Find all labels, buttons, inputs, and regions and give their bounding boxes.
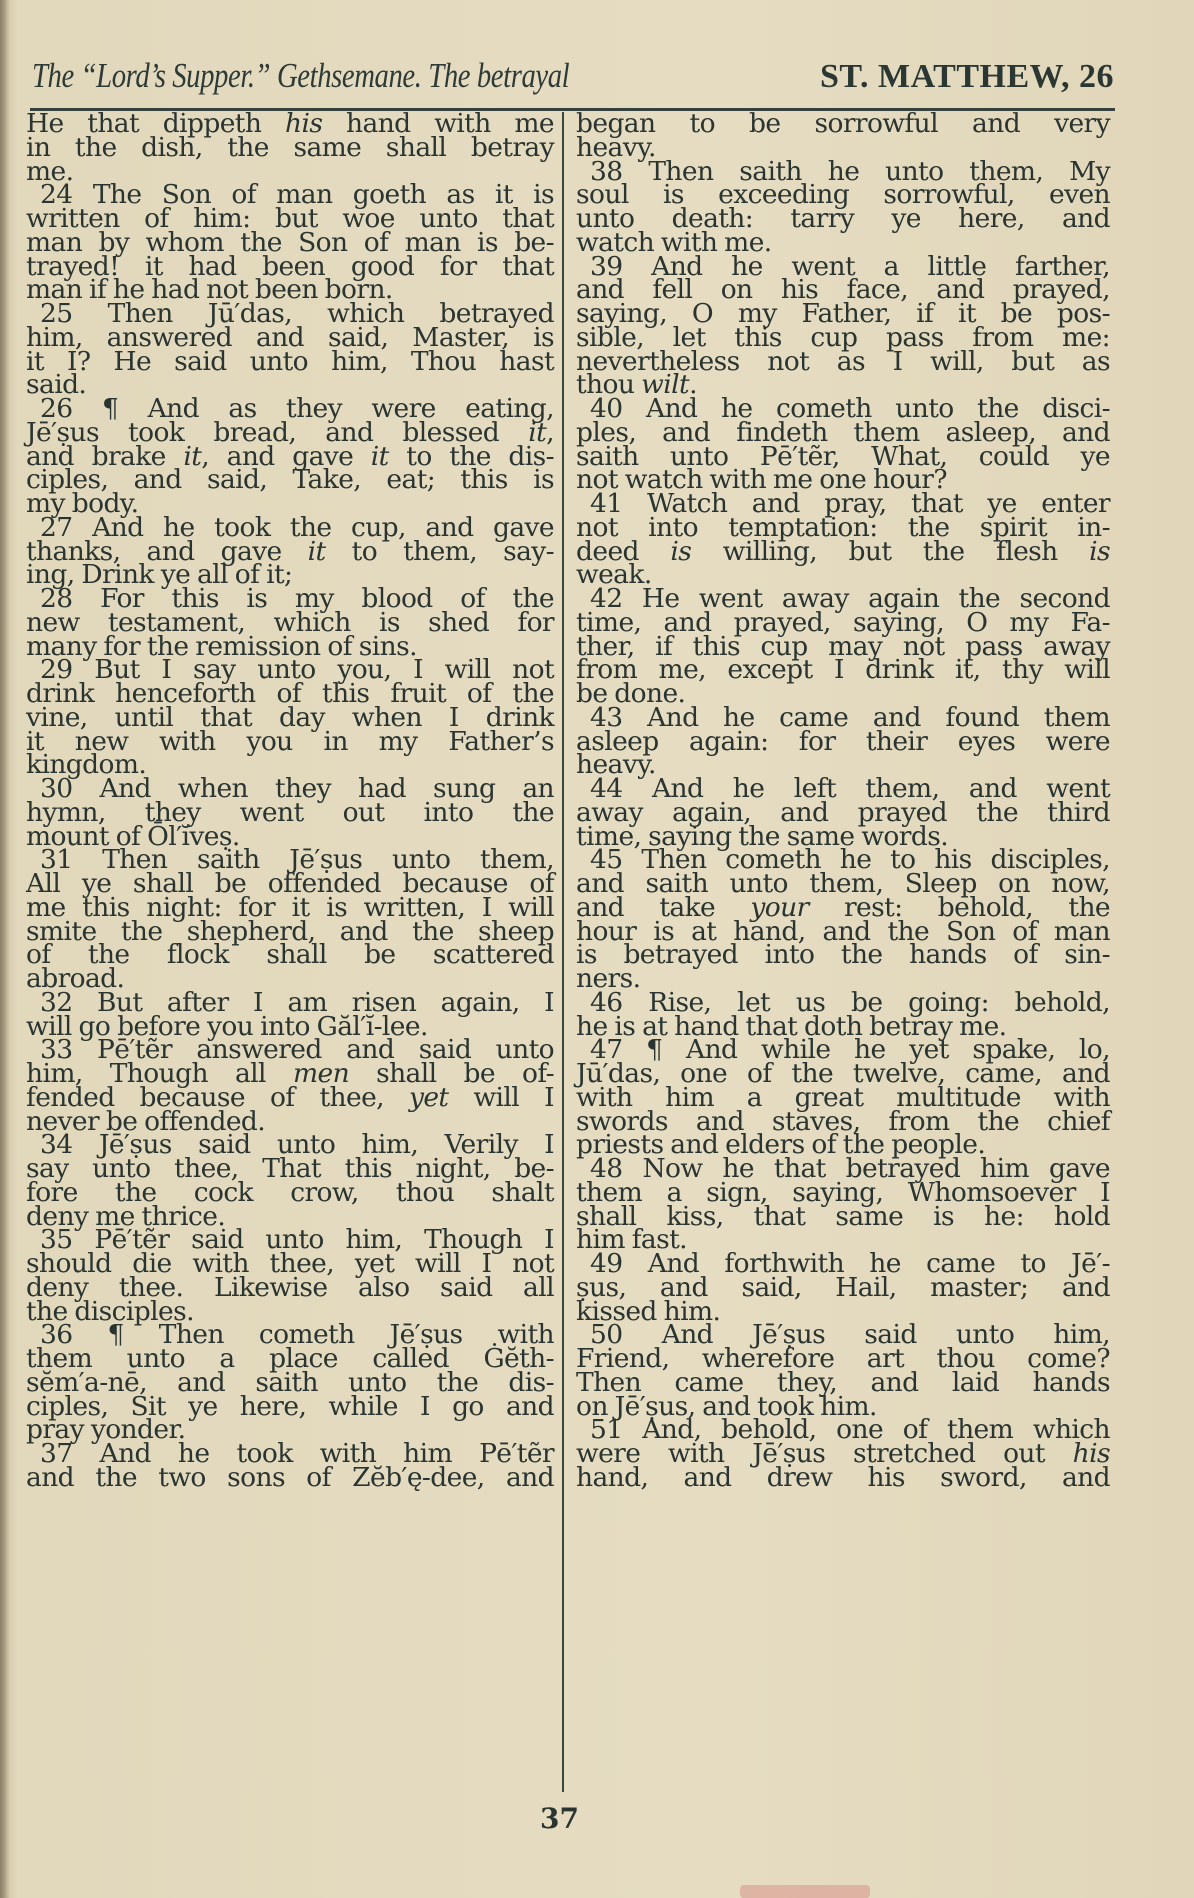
verse-line: it I? He said unto him, Thou hast — [26, 350, 554, 374]
verse-block: 41 Watch and pray, that ye enternot into… — [576, 492, 1110, 587]
book-chapter-title: ST. MATTHEW, 26 — [820, 58, 1114, 96]
verse-block: began to be sorrowful and veryheavy. — [576, 112, 1110, 160]
verse-block: 48 Now he that betrayed him gavethem a s… — [576, 1157, 1110, 1252]
verse-line: deed is willing, but the flesh is — [576, 540, 1110, 564]
verse-block: 45 Then cometh he to his disciples,and s… — [576, 848, 1110, 991]
verse-block: 31 Then saith Jē′ṣus unto them,All ye sh… — [26, 848, 554, 991]
verse-block: 35 Pē′tẽr said unto him, Though Ishould … — [26, 1228, 554, 1323]
running-head: The “Lord’s Supper.” Gethsemane. The bet… — [32, 56, 569, 96]
verse-block: 50 And Jē′ṣus said unto him,Friend, wher… — [576, 1323, 1110, 1418]
verse-block: He that dippeth his hand with mein the d… — [26, 112, 554, 183]
verse-line: began to be sorrowful and very — [576, 112, 1110, 136]
page-stain — [740, 1885, 870, 1898]
verse-block: 38 Then saith he unto them, Mysoul is ex… — [576, 160, 1110, 255]
right-column: began to be sorrowful and veryheavy.38 T… — [576, 112, 1110, 1490]
verse-block: 27 And he took the cup, and gavethanks, … — [26, 516, 554, 587]
verse-block: 34 Jē′ṣus said unto him, Verily Isay unt… — [26, 1133, 554, 1228]
verse-block: 33 Pē′tẽr answered and said untohim, Tho… — [26, 1038, 554, 1133]
verse-line: asleep again: for their eyes were — [576, 730, 1110, 754]
verse-line: hand, and drew his sword, and — [576, 1466, 1110, 1490]
verse-line: and the two sons of Zĕb′ę-dee, and — [26, 1466, 554, 1490]
verse-block: 39 And he went a little farther,and fell… — [576, 255, 1110, 398]
verse-line: is betrayed into the hands of sin- — [576, 943, 1110, 967]
verse-block: 30 And when they had sung anhymn, they w… — [26, 777, 554, 848]
italic-supplied-word: it — [308, 536, 326, 567]
verse-block: 37 And he took with him Pē′tẽrand the tw… — [26, 1442, 554, 1490]
verse-block: 40 And he cometh unto the disci-ples, an… — [576, 397, 1110, 492]
italic-supplied-word: is — [1089, 536, 1110, 567]
verse-block: 42 He went away again the secondtime, an… — [576, 587, 1110, 706]
verse-block: 36 ¶ Then cometh Jē′ṣus withthem unto a … — [26, 1323, 554, 1442]
spine-shadow — [0, 0, 10, 1898]
left-column: He that dippeth his hand with mein the d… — [26, 112, 554, 1490]
italic-supplied-word: is — [670, 536, 691, 567]
verse-block: 24 The Son of man goeth as it iswritten … — [26, 183, 554, 302]
column-divider — [562, 112, 564, 1792]
verse-block: 51 And, behold, one of them whichwere wi… — [576, 1418, 1110, 1489]
verse-block: 46 Rise, let us be going: behold,he is a… — [576, 991, 1110, 1039]
page-header: The “Lord’s Supper.” Gethsemane. The bet… — [32, 56, 1114, 106]
verse-block: 26 ¶ And as they were eating,Jē′ṣus took… — [26, 397, 554, 516]
verse-block: 47 ¶ And while he yet spake, lo,Jū′das, … — [576, 1038, 1110, 1157]
italic-supplied-word: yet — [409, 1082, 449, 1113]
verse-block: 28 For this is my blood of thenew testam… — [26, 587, 554, 658]
verse-block: 44 And he left them, and wentaway again,… — [576, 777, 1110, 848]
verse-block: 43 And he came and found themasleep agai… — [576, 706, 1110, 777]
verse-line: in the dish, the same shall betray — [26, 136, 554, 160]
page-number: 37 — [540, 1802, 579, 1835]
verse-block: 32 But after I am risen again, Iwill go … — [26, 991, 554, 1039]
book-page: The “Lord’s Supper.” Gethsemane. The bet… — [0, 0, 1194, 1898]
verse-block: 29 But I say unto you, I will notdrink h… — [26, 658, 554, 777]
verse-block: 49 And forthwith he came to Jē′-ṣus, and… — [576, 1252, 1110, 1323]
verse-block: 25 Then Jū′das, which betrayedhim, answe… — [26, 302, 554, 397]
